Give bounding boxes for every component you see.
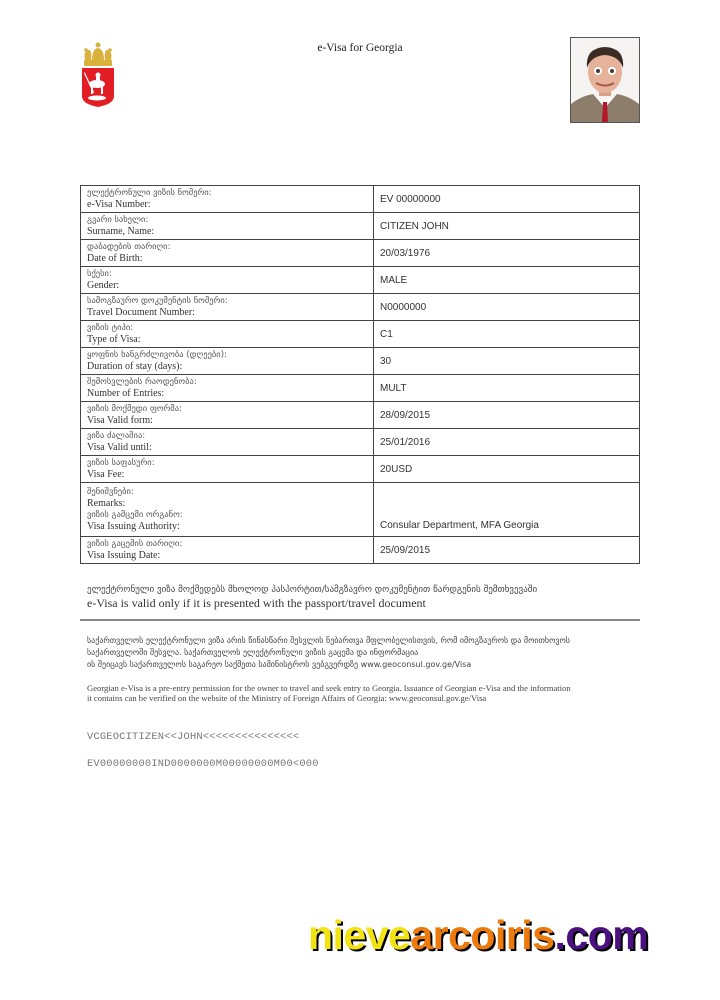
issuing-authority-value: Consular Department, MFA Georgia <box>374 483 640 537</box>
holder-photo-icon <box>570 37 640 123</box>
watermark-logo: nievearcoiris.com <box>308 912 648 959</box>
number-of-entries-value: MULT <box>374 375 640 402</box>
field-label-ka: ვიზის საფასური: <box>87 458 367 469</box>
field-label-ka: დაბადების თარიღი: <box>87 242 367 253</box>
table-row: შენიშვნები: Remarks: ვიზის გამცემი ორგან… <box>81 483 640 537</box>
field-label-ka: ელექტრონული ვიზის ნომერი: <box>87 188 367 199</box>
visa-details-table: ელექტრონული ვიზის ნომერი:e-Visa Number: … <box>80 185 640 564</box>
issuing-date-value: 25/09/2015 <box>374 537 640 564</box>
field-label-ka: შემოსვლების რაოდენობა: <box>87 377 367 388</box>
field-label-en: Number of Entries: <box>87 388 367 400</box>
field-label-en: Travel Document Number: <box>87 307 367 319</box>
mrz-line-1: VCGEOCITIZEN<<JOHN<<<<<<<<<<<<<<< <box>87 731 299 743</box>
field-label-ka: ვიზის ტიპი: <box>87 323 367 334</box>
field-label-ka: შენიშვნები: <box>87 487 367 498</box>
evisa-number-value: EV 00000000 <box>374 186 640 213</box>
watermark-part-1: nieve <box>308 912 410 958</box>
date-of-birth-value: 20/03/1976 <box>374 240 640 267</box>
field-label-en: Visa Issuing Date: <box>87 550 367 562</box>
info-line: Georgian e-Visa is a pre-entry permissio… <box>87 683 647 693</box>
table-row: გვარი სახელი:Surname, Name: CITIZEN JOHN <box>81 213 640 240</box>
surname-name-value: CITIZEN JOHN <box>374 213 640 240</box>
table-row: ვიზის ტიპი:Type of Visa: C1 <box>81 321 640 348</box>
field-label-en: Date of Birth: <box>87 253 367 265</box>
table-row: ყოფნის ხანგრძლივობა (დღეები):Duration of… <box>81 348 640 375</box>
watermark-part-3: .com <box>555 912 649 958</box>
table-row: სამოგზაურო დოკუმენტის ნომერი:Travel Docu… <box>81 294 640 321</box>
section-divider <box>80 619 640 621</box>
table-row: ელექტრონული ვიზის ნომერი:e-Visa Number: … <box>81 186 640 213</box>
field-label-en: Surname, Name: <box>87 226 367 238</box>
mrz-line-2: EV00000000IND0000000M00000000M00<000 <box>87 758 319 770</box>
duration-of-stay-value: 30 <box>374 348 640 375</box>
visa-valid-until-value: 25/01/2016 <box>374 429 640 456</box>
field-label-en: Type of Visa: <box>87 334 367 346</box>
validity-notice-ka: ელექტრონული ვიზა მოქმედებს მხოლოდ პასპორ… <box>87 585 647 596</box>
field-label-ka: ვიზის მოქმედი ფორმა: <box>87 404 367 415</box>
table-row: ვიზის საფასური:Visa Fee: 20USD <box>81 456 640 483</box>
watermark-part-2: arcoiris <box>410 912 554 958</box>
validity-notice-en: e-Visa is valid only if it is presented … <box>87 596 647 611</box>
field-label-en: Visa Valid until: <box>87 442 367 454</box>
field-label-en: Gender: <box>87 280 367 292</box>
info-paragraph-ka: საქართველოს ელექტრონული ვიზა არის წინასწ… <box>87 635 647 671</box>
info-line: საქართველოში შესვლა. საქართველოს ელექტრო… <box>87 647 647 659</box>
info-line: საქართველოს ელექტრონული ვიზა არის წინასწ… <box>87 635 647 647</box>
visa-fee-value: 20USD <box>374 456 640 483</box>
field-label-en: Visa Issuing Authority: <box>87 521 367 533</box>
travel-document-number-value: N0000000 <box>374 294 640 321</box>
visa-type-value: C1 <box>374 321 640 348</box>
table-row: შემოსვლების რაოდენობა:Number of Entries:… <box>81 375 640 402</box>
field-label-ka: ვიზის გაცემის თარიღი: <box>87 539 367 550</box>
field-label-en: Remarks: <box>87 498 367 510</box>
validity-notice: ელექტრონული ვიზა მოქმედებს მხოლოდ პასპორ… <box>87 585 647 611</box>
table-row: სქესი:Gender: MALE <box>81 267 640 294</box>
field-label-en: Duration of stay (days): <box>87 361 367 373</box>
field-label-en: Visa Valid form: <box>87 415 367 427</box>
info-line: ის შეიცავს საქართველოს საგარეო საქმეთა ს… <box>87 659 647 671</box>
gender-value: MALE <box>374 267 640 294</box>
field-label-ka: სქესი: <box>87 269 367 280</box>
field-label-ka: ვიზის გამცემი ორგანო: <box>87 510 367 521</box>
table-row: ვიზის მოქმედი ფორმა:Visa Valid form: 28/… <box>81 402 640 429</box>
field-label-en: e-Visa Number: <box>87 199 367 211</box>
info-line: it contains can be verified on the websi… <box>87 693 647 703</box>
info-paragraph-en: Georgian e-Visa is a pre-entry permissio… <box>87 683 647 703</box>
field-label-ka: გვარი სახელი: <box>87 215 367 226</box>
table-row: ვიზა ძალაშია:Visa Valid until: 25/01/201… <box>81 429 640 456</box>
visa-valid-from-value: 28/09/2015 <box>374 402 640 429</box>
table-row: ვიზის გაცემის თარიღი:Visa Issuing Date: … <box>81 537 640 564</box>
field-label-en: Visa Fee: <box>87 469 367 481</box>
field-label-ka: ყოფნის ხანგრძლივობა (დღეები): <box>87 350 367 361</box>
table-row: დაბადების თარიღი:Date of Birth: 20/03/19… <box>81 240 640 267</box>
field-label-ka: სამოგზაურო დოკუმენტის ნომერი: <box>87 296 367 307</box>
field-label-ka: ვიზა ძალაშია: <box>87 431 367 442</box>
